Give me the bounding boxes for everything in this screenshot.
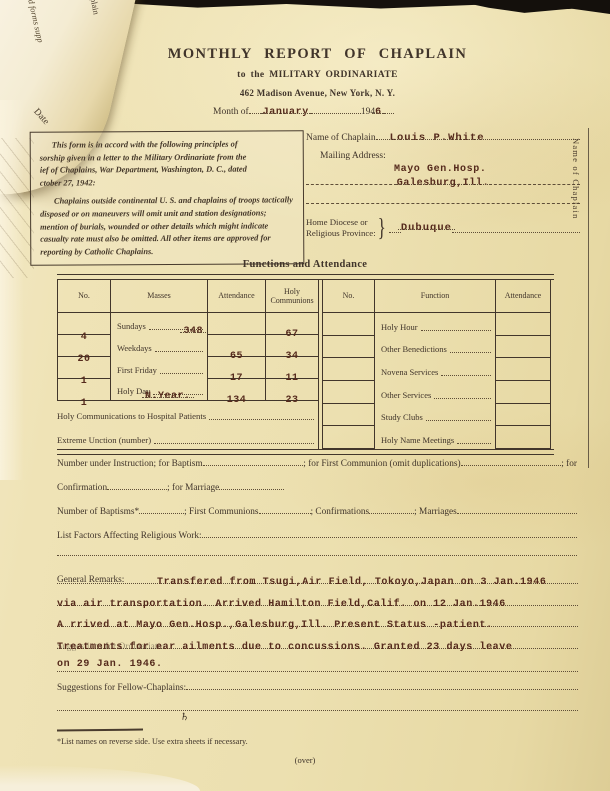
- remarks-line-5: on 29 Jan. 1946.: [57, 653, 578, 675]
- year-printed: 194: [361, 107, 375, 117]
- chaplain-fields: Name of Chaplain Louis P.White Mailing A…: [306, 130, 580, 239]
- function-no-cell: [323, 336, 375, 359]
- instruction-line-3: Number of Baptisms* ; First Communions ;…: [57, 505, 577, 520]
- table-cell-attendance: 65: [208, 335, 266, 357]
- form-address: 462 Madison Avenue, New York, N. Y.: [30, 88, 605, 98]
- function-label-cell: Novena Services: [375, 358, 496, 381]
- double-rule-bottom: [57, 449, 554, 455]
- dotted-leader: [309, 104, 361, 114]
- function-attendance-cell: [496, 336, 551, 359]
- curl-text-fragment: Chaplain: [86, 0, 102, 15]
- mailing-address-line1: Mayo Gen.Hosp.: [394, 164, 580, 175]
- dotted-leader: [389, 223, 401, 233]
- mailing-address-line2-row: Galesburg,Ill.: [306, 176, 580, 190]
- name-of-chaplain-field: Name of Chaplain Louis P.White: [306, 130, 580, 144]
- function-no-cell: [323, 313, 375, 336]
- span-row-extreme-unction: Extreme Unction (number): [57, 425, 318, 449]
- function-label-cell: Holy Hour: [375, 313, 496, 336]
- footnote-text: *List names on reverse side. Use extra s…: [57, 737, 248, 746]
- month-label: Month of: [213, 107, 249, 117]
- curl-text-fragment: d forms supp: [26, 0, 46, 43]
- col-header-function: Function: [375, 280, 496, 313]
- col-header-masses: Masses: [111, 280, 208, 313]
- footnote-rule: [57, 729, 143, 732]
- dash-leader: [306, 176, 397, 186]
- form-subtitle: to the MILITARY ORDINARIATE: [30, 70, 605, 80]
- table-title: Functions and Attendance: [0, 259, 610, 270]
- censorship-notice-box: This form is in accord with the followin…: [30, 130, 305, 266]
- instruction-section: Number under Instruction; for Baptism ; …: [57, 457, 577, 556]
- blank-dotted-line: [57, 710, 578, 711]
- function-label-cell: Other Benedictions: [375, 336, 496, 359]
- name-value: Louis P.White: [390, 132, 485, 144]
- dotted-leader: [485, 130, 580, 140]
- instruction-line-2: Confirmation ; for Marriage: [57, 481, 577, 496]
- table-cell-mass: First Friday: [111, 357, 208, 379]
- table-cell-communions: 67: [266, 313, 318, 335]
- function-attendance-cell: [496, 313, 551, 336]
- month-field: Month of January 194 6: [213, 104, 394, 118]
- over-label: (over): [0, 755, 610, 765]
- table-cell-attendance: [208, 313, 266, 335]
- year-typed: 6: [375, 107, 382, 118]
- function-label-cell: Other Services: [375, 381, 496, 404]
- blank-write-in-line: [306, 201, 580, 204]
- function-no-cell: [323, 381, 375, 404]
- mailing-address-line2: Galesburg,Ill.: [397, 178, 489, 189]
- diocese-label: Home Diocese or Religious Province:: [306, 217, 376, 239]
- function-attendance-cell: [496, 358, 551, 381]
- scan-top-edge-right: [472, 0, 610, 14]
- brace-glyph: }: [378, 213, 386, 243]
- pen-mark: ♄: [179, 711, 189, 723]
- diocese-value: Dubuque: [401, 222, 452, 234]
- col-header-attendance: Attendance: [208, 280, 266, 313]
- name-label: Name of Chaplain: [306, 133, 376, 143]
- function-no-cell: [323, 404, 375, 427]
- notice-line: ctober 27, 1942:: [40, 176, 294, 190]
- scanned-chaplain-report-page: Chaplain d forms supp Date MONTHLY REPOR…: [0, 0, 610, 791]
- dotted-leader: [186, 681, 578, 690]
- dash-leader: [489, 176, 580, 186]
- col-header-communions: Holy Communions: [266, 280, 318, 313]
- suggestions-field: Suggestions for Fellow-Chaplains:: [57, 681, 578, 693]
- function-label-cell: Holy Name Meetings: [375, 426, 496, 449]
- dotted-leader: [452, 223, 580, 233]
- general-remarks-label: General Remarks:: [57, 575, 124, 585]
- blank-dotted-line: [57, 553, 577, 556]
- home-diocese-field: Home Diocese or Religious Province: } Du…: [306, 217, 580, 239]
- remarks-line-3: A rrived at Mayo Gen.Hosp.,Galesburg,Ill…: [57, 610, 578, 632]
- masses-section: No. Masses Attendance Holy Communions 4 …: [57, 280, 319, 449]
- function-attendance-cell: [496, 404, 551, 427]
- table-cell-no: 4: [57, 313, 111, 335]
- form-title: MONTHLY REPORT OF CHAPLAIN: [30, 46, 605, 63]
- functions-attendance-table: No. Masses Attendance Holy Communions 4 …: [57, 274, 554, 455]
- function-attendance-cell: [496, 381, 551, 404]
- table-cell-mass: Sundays348: [111, 313, 208, 335]
- suggestions-label: Suggestions for Fellow-Chaplains:: [57, 683, 186, 693]
- vertical-margin-label: Name of Chaplain: [571, 138, 581, 220]
- general-remarks-section: General Remarks: Transfered from Tsugi,A…: [57, 566, 578, 675]
- col-header-attendance: Attendance: [496, 280, 551, 313]
- bottom-left-curl: [0, 765, 200, 791]
- function-label-cell: Study Clubs: [375, 404, 496, 427]
- instruction-line-1: Number under Instruction; for Baptism ; …: [57, 457, 577, 472]
- month-value: January: [263, 107, 309, 118]
- remarks-line-2: via air transportation. Arrived Hamilton…: [57, 588, 578, 610]
- mailing-address-label: Mailing Address:: [320, 151, 580, 161]
- table-cell-mass: Weekdays: [111, 335, 208, 357]
- col-header-no: No.: [323, 280, 375, 313]
- function-no-cell: [323, 358, 375, 381]
- remarks-line-1: General Remarks: Transfered from Tsugi,A…: [57, 566, 578, 588]
- col-header-no: No.: [57, 280, 111, 313]
- table-cell-mass: Holy DayN.Year.: [111, 379, 208, 401]
- instruction-line-4: List Factors Affecting Religious Work:: [57, 529, 577, 544]
- function-no-cell: [323, 426, 375, 449]
- function-attendance-cell: [496, 426, 551, 449]
- functions-section: No. Function Attendance Holy Hour Other …: [322, 280, 552, 449]
- notice-paragraph: Chaplains outside continental U. S. and …: [40, 195, 294, 259]
- remarks-line-4: Suggestions for Ordinariate: Treatments …: [57, 631, 578, 653]
- right-margin-rule: [588, 128, 589, 468]
- form-header: MONTHLY REPORT OF CHAPLAIN to the MILITA…: [30, 46, 605, 98]
